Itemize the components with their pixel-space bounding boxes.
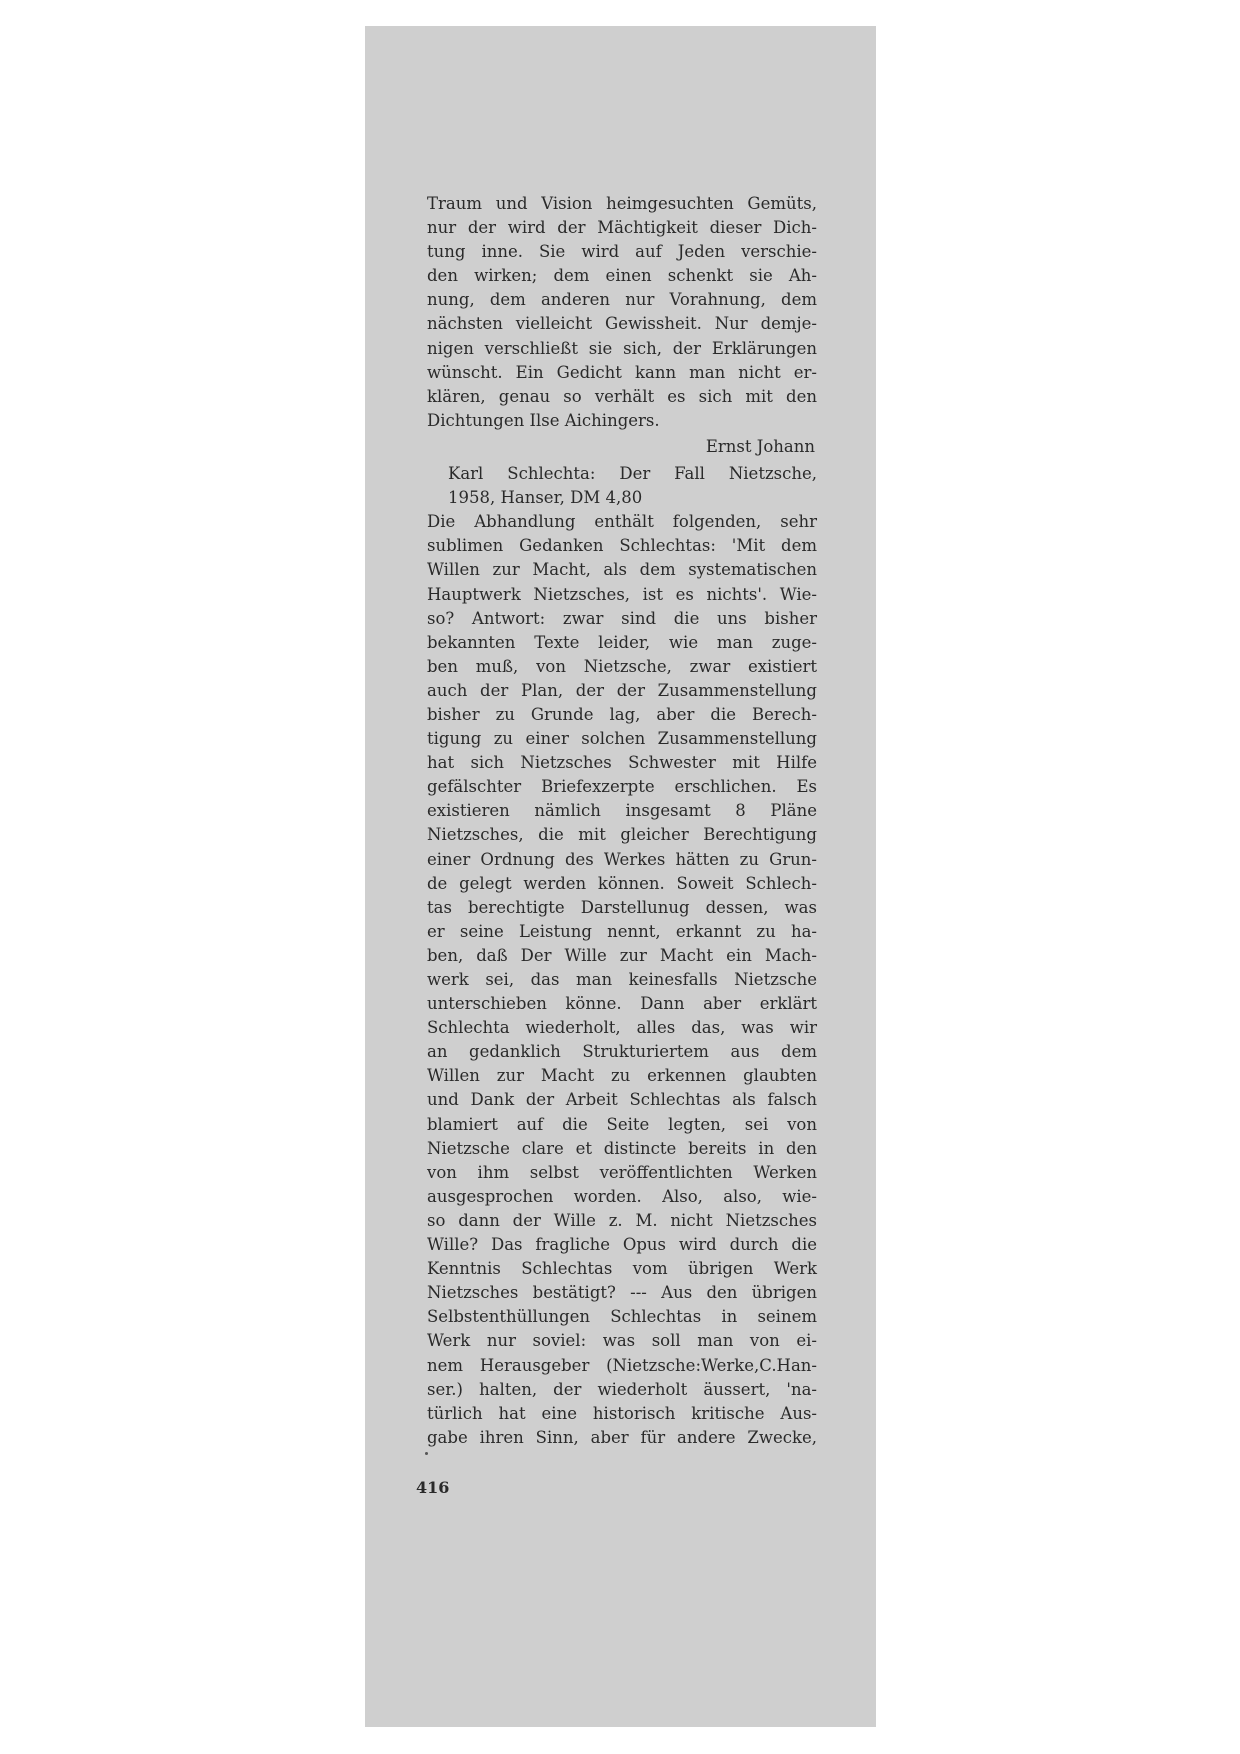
text-line: Nietzsches bestätigt? --- Aus den übrige… (427, 1281, 817, 1305)
text-line: ausgesprochen worden. Also, also, wie- (427, 1185, 817, 1209)
text-line: Traum und Vision heimgesuchten Gemüts, (427, 192, 817, 216)
text-line: nung, dem anderen nur Vorahnung, dem (427, 288, 817, 312)
text-line: Die Abhandlung enthält folgenden, sehr (427, 510, 817, 534)
text-line: den wirken; dem einen schenkt sie Ah- (427, 264, 817, 288)
text-line: gabe ihren Sinn, aber für andere Zwecke, (427, 1426, 817, 1450)
text-line: von ihm selbst veröffentlichten Werken (427, 1161, 817, 1185)
text-line: Werk nur soviel: was soll man von ei- (427, 1329, 817, 1353)
text-line: tas berechtigte Darstellunug dessen, was (427, 896, 817, 920)
text-line: bisher zu Grunde lag, aber die Berech- (427, 703, 817, 727)
text-line: nigen verschließt sie sich, der Erklärun… (427, 337, 817, 361)
text-line: Willen zur Macht, als dem systematischen (427, 558, 817, 582)
text-line: Willen zur Macht zu erkennen glaubten (427, 1064, 817, 1088)
text-line: klären, genau so verhält es sich mit den (427, 385, 817, 409)
text-line: ben muß, von Nietzsche, zwar existiert (427, 655, 817, 679)
text-line: ser.) halten, der wiederholt äussert, 'n… (427, 1378, 817, 1402)
review-schlechta-body: Die Abhandlung enthält folgenden, sehrsu… (427, 510, 817, 1450)
text-line: bekannten Texte leider, wie man zuge- (427, 631, 817, 655)
review-ilse-aichinger: Traum und Vision heimgesuchten Gemüts,nu… (427, 192, 817, 433)
review-signature: Ernst Johann (427, 435, 817, 459)
text-line: werk sei, das man keinesfalls Nietzsche (427, 968, 817, 992)
text-column: Traum und Vision heimgesuchten Gemüts,nu… (427, 192, 817, 1450)
text-line: Hauptwerk Nietzsches, ist es nichts'. Wi… (427, 583, 817, 607)
text-line: blamiert auf die Seite legten, sei von (427, 1113, 817, 1137)
text-line: wünscht. Ein Gedicht kann man nicht er- (427, 361, 817, 385)
text-line: sublimen Gedanken Schlechtas: 'Mit dem (427, 534, 817, 558)
page-number: 416 (416, 1478, 449, 1497)
text-line: Selbstenthüllungen Schlechtas in seinem (427, 1305, 817, 1329)
text-line: 1958, Hanser, DM 4,80 (427, 486, 817, 510)
text-line: Wille? Das fragliche Opus wird durch die (427, 1233, 817, 1257)
text-line: tigung zu einer solchen Zusammenstellung (427, 727, 817, 751)
text-line: an gedanklich Strukturiertem aus dem (427, 1040, 817, 1064)
text-line: ben, daß Der Wille zur Macht ein Mach- (427, 944, 817, 968)
text-line: Nietzsches, die mit gleicher Berechtigun… (427, 823, 817, 847)
text-line: er seine Leistung nennt, erkannt zu ha- (427, 920, 817, 944)
text-line: unterschieben könne. Dann aber erklärt (427, 992, 817, 1016)
text-line: gefälschter Briefexzerpte erschlichen. E… (427, 775, 817, 799)
text-line: hat sich Nietzsches Schwester mit Hilfe (427, 751, 817, 775)
text-line: einer Ordnung des Werkes hätten zu Grun- (427, 848, 817, 872)
text-line: auch der Plan, der der Zusammenstellung (427, 679, 817, 703)
stray-mark (425, 1452, 428, 1455)
text-line: Kenntnis Schlechtas vom übrigen Werk (427, 1257, 817, 1281)
text-line: nur der wird der Mächtigkeit dieser Dich… (427, 216, 817, 240)
text-line: nem Herausgeber (Nietzsche:Werke,C.Han- (427, 1354, 817, 1378)
text-line: tung inne. Sie wird auf Jeden verschie- (427, 240, 817, 264)
text-line: türlich hat eine historisch kritische Au… (427, 1402, 817, 1426)
text-line: Karl Schlechta: Der Fall Nietzsche, (427, 462, 817, 486)
text-line: so? Antwort: zwar sind die uns bisher (427, 607, 817, 631)
text-line: Schlechta wiederholt, alles das, was wir (427, 1016, 817, 1040)
text-line: existieren nämlich insgesamt 8 Pläne (427, 799, 817, 823)
text-line: Nietzsche clare et distincte bereits in … (427, 1137, 817, 1161)
text-line: so dann der Wille z. M. nicht Nietzsches (427, 1209, 817, 1233)
review-heading-schlechta: Karl Schlechta: Der Fall Nietzsche,1958,… (427, 462, 817, 510)
text-line: nächsten vielleicht Gewissheit. Nur demj… (427, 312, 817, 336)
text-line: de gelegt werden können. Soweit Schlech- (427, 872, 817, 896)
text-line: und Dank der Arbeit Schlechtas als falsc… (427, 1088, 817, 1112)
text-line: Dichtungen Ilse Aichingers. (427, 409, 817, 433)
